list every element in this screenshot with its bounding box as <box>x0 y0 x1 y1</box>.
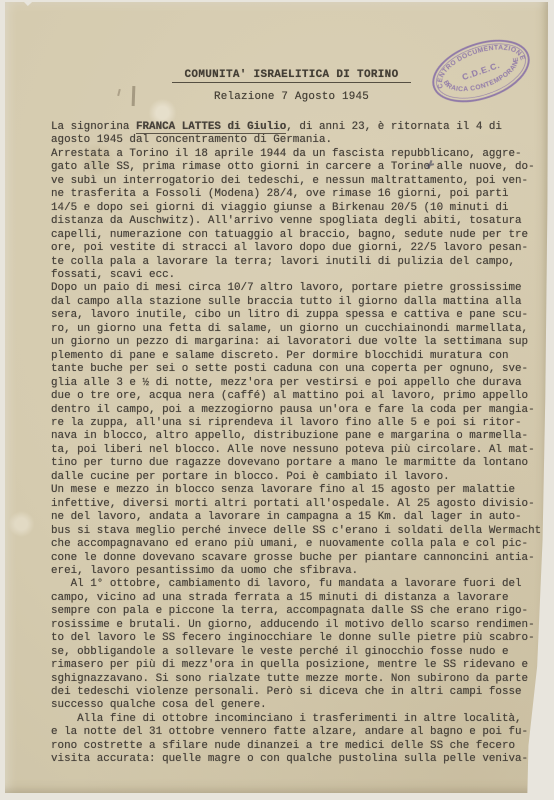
intro-line: La signorina FRANCA LATTES di Giulio, di… <box>51 121 551 134</box>
pencil-mark <box>132 86 135 106</box>
paragraph-3: Un mese e mezzo in blocco senza lavorare… <box>51 484 551 578</box>
paragraph-1: agosto 1945 dal concentramento di German… <box>51 134 551 282</box>
document-title: COMUNITA' ISRAELITICA DI TORINO <box>172 69 412 83</box>
subject-name: FRANCA LATTES di Giulio <box>136 121 286 134</box>
paragraph-4: Al 1° ottobre, cambiamento di lavoro, fu… <box>51 578 551 713</box>
paragraph-5: Alla fine di ottobre incominciano i tras… <box>51 713 551 767</box>
report-body: La signorina FRANCA LATTES di Giulio, di… <box>51 121 551 794</box>
intro-prefix: La signorina <box>51 121 136 133</box>
intro-suffix: , di anni 23, è ritornata il 4 di <box>286 121 502 133</box>
scanned-paper-page: COMUNITA' ISRAELITICA DI TORINO Relazion… <box>5 2 548 793</box>
pencil-annotation-mark <box>426 160 434 169</box>
paragraph-2: Dopo un paio di mesi circa 10/7 altro la… <box>51 282 551 484</box>
